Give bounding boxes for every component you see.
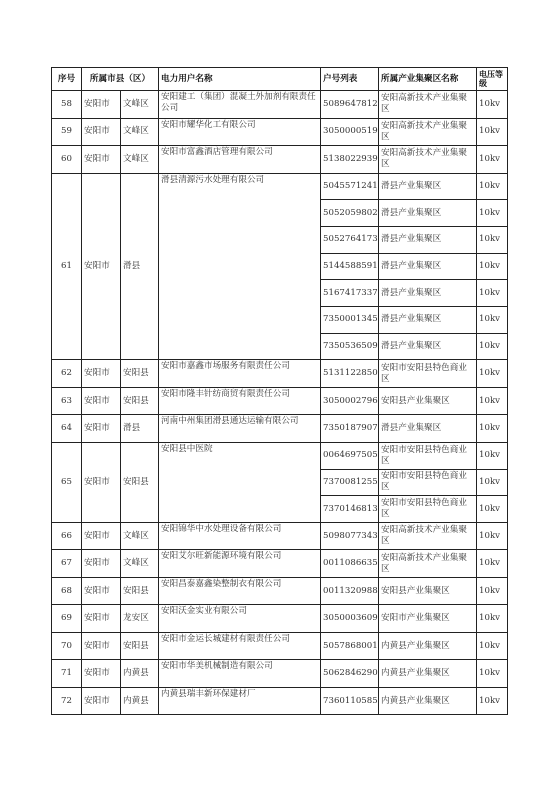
table-row: 65安阳市安阳县安阳县中医院0064697505安阳市安阳县特色商业区10kv: [52, 442, 508, 469]
row-index: 70: [52, 632, 82, 660]
table-row: 63安阳市安阳县安阳市隆丰针纺商贸有限责任公司3050002796安阳县产业集聚…: [52, 387, 508, 415]
row-voltage: 10kv: [477, 387, 508, 415]
row-district: 文峰区: [121, 118, 159, 146]
row-voltage: 10kv: [477, 306, 508, 333]
table-row: 59安阳市文峰区安阳市耀华化工有限公司3050000519安阳高新技术产业集聚区…: [52, 118, 508, 146]
row-voltage: 10kv: [477, 280, 508, 307]
table-row: 68安阳市安阳县安阳昌泰嘉鑫染整制衣有限公司0011320988安阳县产业集聚区…: [52, 577, 508, 605]
row-city: 安阳市: [82, 660, 121, 688]
row-user-name: 安阳县中医院: [159, 442, 321, 522]
row-cluster-name: 安阳高新技术产业集聚区: [379, 91, 477, 119]
row-cluster-name: 安阳高新技术产业集聚区: [379, 146, 477, 174]
row-city: 安阳市: [82, 118, 121, 146]
row-account-number: 5062846290: [321, 660, 379, 688]
table-row: 70安阳市安阳县安阳市金运长城建材有限责任公司5057868001内黄县产业集聚…: [52, 632, 508, 660]
row-cluster-name: 滑县产业集聚区: [379, 253, 477, 280]
table-row: 66安阳市文峰区安阳锦华中水处理设备有限公司5098077343安阳高新技术产业…: [52, 522, 508, 550]
row-account-number: 5144588591: [321, 253, 379, 280]
row-cluster-name: 安阳高新技术产业集聚区: [379, 118, 477, 146]
row-cluster-name: 安阳县产业集聚区: [379, 387, 477, 415]
row-district: 滑县: [121, 415, 159, 443]
row-index: 69: [52, 605, 82, 633]
row-user-name: 安阳市隆丰针纺商贸有限责任公司: [159, 387, 321, 415]
row-voltage: 10kv: [477, 469, 508, 496]
header-user-name: 电力用户名称: [159, 68, 321, 91]
row-voltage: 10kv: [477, 605, 508, 633]
row-account-number: 7370146813: [321, 496, 379, 523]
row-index: 62: [52, 360, 82, 388]
table-row: 60安阳市文峰区安阳市富鑫酒店管理有限公司5138022939安阳高新技术产业集…: [52, 146, 508, 174]
row-voltage: 10kv: [477, 146, 508, 174]
row-voltage: 10kv: [477, 660, 508, 688]
row-district: 安阳县: [121, 632, 159, 660]
row-voltage: 10kv: [477, 632, 508, 660]
row-index: 65: [52, 442, 82, 522]
row-city: 安阳市: [82, 550, 121, 578]
header-account-list: 户号列表: [321, 68, 379, 91]
row-cluster-name: 滑县产业集聚区: [379, 173, 477, 200]
row-city: 安阳市: [82, 146, 121, 174]
row-user-name: 安阳沃金实业有限公司: [159, 605, 321, 633]
row-user-name: 滑县清源污水处理有限公司: [159, 173, 321, 360]
row-index: 63: [52, 387, 82, 415]
row-index: 67: [52, 550, 82, 578]
row-cluster-name: 安阳市产业集聚区: [379, 605, 477, 633]
row-account-number: 3050002796: [321, 387, 379, 415]
row-voltage: 10kv: [477, 496, 508, 523]
row-account-number: 7370081255: [321, 469, 379, 496]
row-city: 安阳市: [82, 173, 121, 360]
row-city: 安阳市: [82, 360, 121, 388]
row-account-number: 0011320988: [321, 577, 379, 605]
row-city: 安阳市: [82, 387, 121, 415]
row-voltage: 10kv: [477, 522, 508, 550]
row-city: 安阳市: [82, 91, 121, 119]
table-row: 67安阳市文峰区安阳艾尔旺新能源环境有限公司0011086635安阳高新技术产业…: [52, 550, 508, 578]
row-cluster-name: 内黄县产业集聚区: [379, 632, 477, 660]
row-voltage: 10kv: [477, 687, 508, 715]
row-voltage: 10kv: [477, 442, 508, 469]
row-user-name: 安阳市耀华化工有限公司: [159, 118, 321, 146]
row-index: 59: [52, 118, 82, 146]
row-district: 安阳县: [121, 577, 159, 605]
table-row: 61安阳市滑县滑县清源污水处理有限公司5045571241滑县产业集聚区10kv: [52, 173, 508, 200]
row-account-number: 3050003609: [321, 605, 379, 633]
table-row: 71安阳市内黄县安阳市华美机械制造有限公司5062846290内黄县产业集聚区1…: [52, 660, 508, 688]
row-account-number: 0064697505: [321, 442, 379, 469]
row-user-name: 安阳市富鑫酒店管理有限公司: [159, 146, 321, 174]
row-city: 安阳市: [82, 605, 121, 633]
row-account-number: 5138022939: [321, 146, 379, 174]
row-cluster-name: 安阳市安阳县特色商业区: [379, 469, 477, 496]
row-city: 安阳市: [82, 522, 121, 550]
row-district: 内黄县: [121, 660, 159, 688]
row-voltage: 10kv: [477, 415, 508, 443]
header-index: 序号: [52, 68, 82, 91]
row-account-number: 5052764173: [321, 226, 379, 253]
power-user-table: 序号 所属市县（区） 电力用户名称 户号列表 所属产业集聚区名称 电压等级 58…: [51, 67, 508, 715]
row-city: 安阳市: [82, 442, 121, 522]
row-user-name: 安阳艾尔旺新能源环境有限公司: [159, 550, 321, 578]
row-account-number: 5052059802: [321, 200, 379, 227]
row-index: 61: [52, 173, 82, 360]
row-index: 72: [52, 687, 82, 715]
table-row: 72安阳市内黄县内黄县瑞丰新环保建材厂7360110585内黄县产业集聚区10k…: [52, 687, 508, 715]
row-cluster-name: 滑县产业集聚区: [379, 306, 477, 333]
row-cluster-name: 内黄县产业集聚区: [379, 660, 477, 688]
row-cluster-name: 安阳县产业集聚区: [379, 577, 477, 605]
row-account-number: 7360110585: [321, 687, 379, 715]
row-city: 安阳市: [82, 632, 121, 660]
table-row: 58安阳市文峰区安阳建工（集团）混凝土外加剂有限责任公司5089647812安阳…: [52, 91, 508, 119]
row-district: 文峰区: [121, 550, 159, 578]
row-account-number: 5167417337: [321, 280, 379, 307]
row-account-number: 5045571241: [321, 173, 379, 200]
row-district: 文峰区: [121, 91, 159, 119]
row-district: 滑县: [121, 173, 159, 360]
row-account-number: 0011086635: [321, 550, 379, 578]
header-region: 所属市县（区）: [82, 68, 159, 91]
row-user-name: 安阳锦华中水处理设备有限公司: [159, 522, 321, 550]
row-voltage: 10kv: [477, 173, 508, 200]
row-user-name: 内黄县瑞丰新环保建材厂: [159, 687, 321, 715]
row-index: 64: [52, 415, 82, 443]
row-user-name: 安阳昌泰嘉鑫染整制衣有限公司: [159, 577, 321, 605]
row-cluster-name: 安阳高新技术产业集聚区: [379, 550, 477, 578]
row-cluster-name: 安阳市安阳县特色商业区: [379, 442, 477, 469]
row-cluster-name: 安阳市安阳县特色商业区: [379, 360, 477, 388]
row-city: 安阳市: [82, 577, 121, 605]
row-index: 58: [52, 91, 82, 119]
row-district: 安阳县: [121, 387, 159, 415]
row-district: 内黄县: [121, 687, 159, 715]
row-account-number: 7350187907: [321, 415, 379, 443]
row-district: 文峰区: [121, 146, 159, 174]
row-cluster-name: 安阳高新技术产业集聚区: [379, 522, 477, 550]
table-row: 69安阳市龙安区安阳沃金实业有限公司3050003609安阳市产业集聚区10kv: [52, 605, 508, 633]
row-city: 安阳市: [82, 415, 121, 443]
row-cluster-name: 滑县产业集聚区: [379, 280, 477, 307]
row-cluster-name: 滑县产业集聚区: [379, 415, 477, 443]
row-index: 68: [52, 577, 82, 605]
row-account-number: 5131122850: [321, 360, 379, 388]
row-voltage: 10kv: [477, 577, 508, 605]
row-district: 龙安区: [121, 605, 159, 633]
row-cluster-name: 滑县产业集聚区: [379, 200, 477, 227]
row-index: 66: [52, 522, 82, 550]
row-user-name: 安阳市华美机械制造有限公司: [159, 660, 321, 688]
row-account-number: 7350536509: [321, 333, 379, 360]
table-body: 58安阳市文峰区安阳建工（集团）混凝土外加剂有限责任公司5089647812安阳…: [52, 91, 508, 715]
row-district: 安阳县: [121, 360, 159, 388]
row-user-name: 安阳市嘉鑫市场服务有限责任公司: [159, 360, 321, 388]
row-voltage: 10kv: [477, 91, 508, 119]
row-index: 60: [52, 146, 82, 174]
row-voltage: 10kv: [477, 360, 508, 388]
row-index: 71: [52, 660, 82, 688]
row-voltage: 10kv: [477, 226, 508, 253]
row-account-number: 5057868001: [321, 632, 379, 660]
row-cluster-name: 滑县产业集聚区: [379, 226, 477, 253]
row-voltage: 10kv: [477, 333, 508, 360]
row-cluster-name: 安阳市安阳县特色商业区: [379, 496, 477, 523]
row-district: 安阳县: [121, 442, 159, 522]
row-voltage: 10kv: [477, 200, 508, 227]
table-header-row: 序号 所属市县（区） 电力用户名称 户号列表 所属产业集聚区名称 电压等级: [52, 68, 508, 91]
row-cluster-name: 内黄县产业集聚区: [379, 687, 477, 715]
row-account-number: 5098077343: [321, 522, 379, 550]
row-user-name: 安阳市金运长城建材有限责任公司: [159, 632, 321, 660]
row-voltage: 10kv: [477, 118, 508, 146]
table-row: 62安阳市安阳县安阳市嘉鑫市场服务有限责任公司5131122850安阳市安阳县特…: [52, 360, 508, 388]
row-district: 文峰区: [121, 522, 159, 550]
header-cluster-name: 所属产业集聚区名称: [379, 68, 477, 91]
row-voltage: 10kv: [477, 253, 508, 280]
table-row: 64安阳市滑县河南中州集团滑县通达运输有限公司7350187907滑县产业集聚区…: [52, 415, 508, 443]
row-cluster-name: 滑县产业集聚区: [379, 333, 477, 360]
row-user-name: 安阳建工（集团）混凝土外加剂有限责任公司: [159, 91, 321, 119]
header-voltage: 电压等级: [477, 68, 508, 91]
row-user-name: 河南中州集团滑县通达运输有限公司: [159, 415, 321, 443]
row-voltage: 10kv: [477, 550, 508, 578]
row-account-number: 5089647812: [321, 91, 379, 119]
row-city: 安阳市: [82, 687, 121, 715]
row-account-number: 3050000519: [321, 118, 379, 146]
row-account-number: 7350001345: [321, 306, 379, 333]
